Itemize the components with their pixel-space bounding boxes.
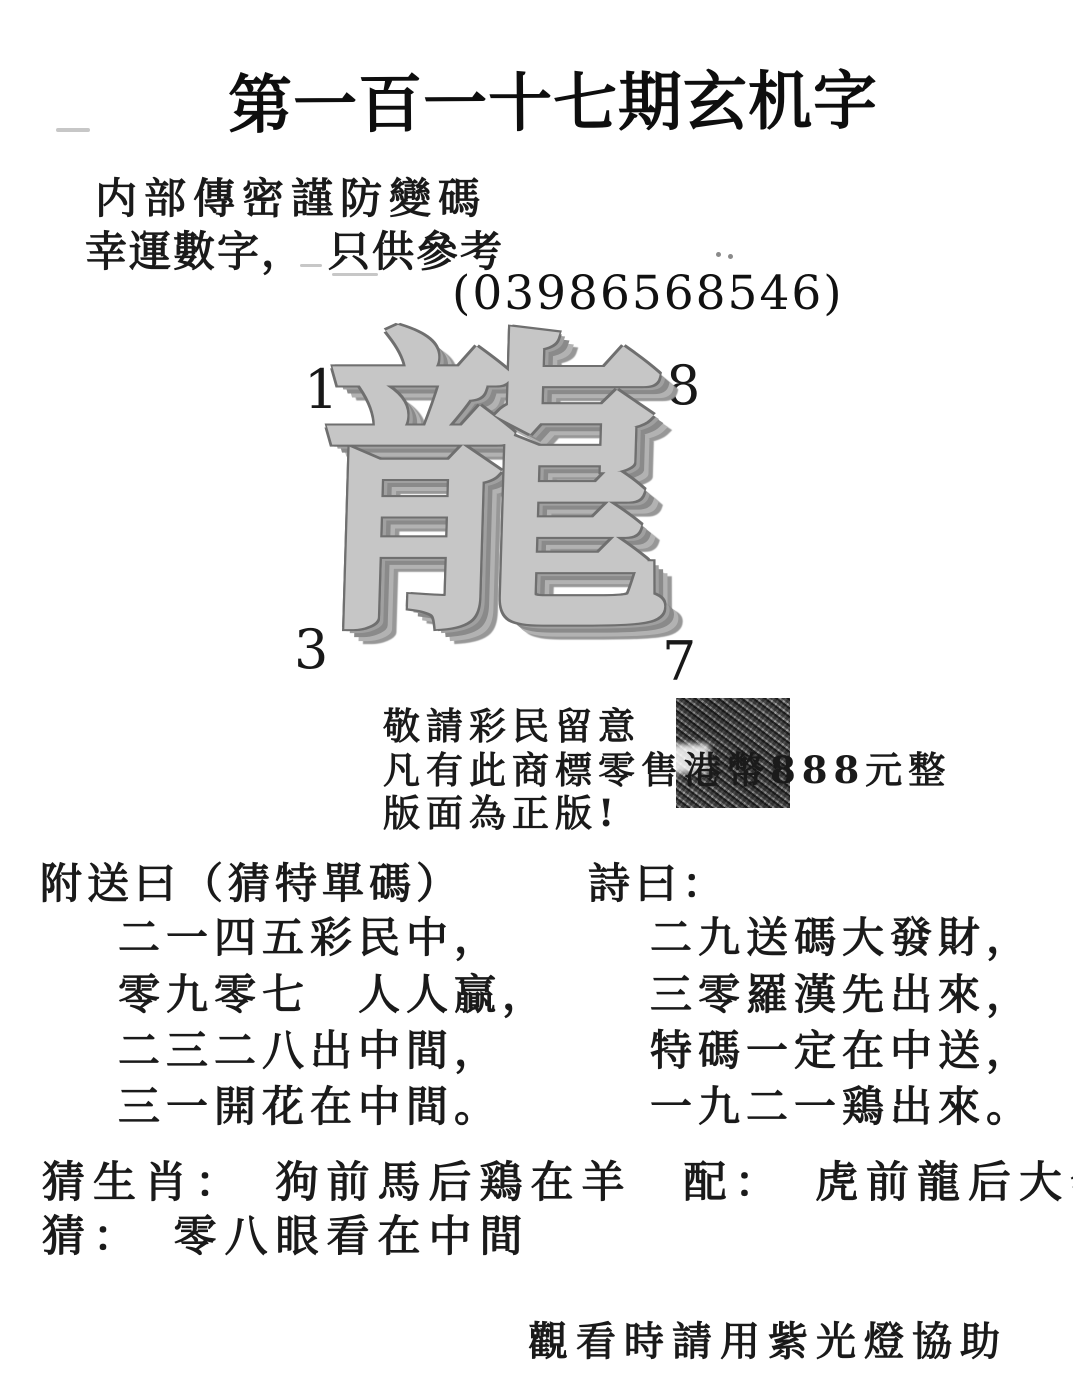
poem-line: 一九二一鶏出來。 — [650, 1074, 1034, 1134]
scan-artifact — [332, 273, 378, 276]
gift-line: 二三二八出中間， — [118, 1018, 502, 1078]
gift-line: 零九零七 人人贏， — [118, 962, 550, 1022]
zodiac-guess-line: 猜生肖： 狗前馬后鶏在羊 配： 虎前龍后大發財 — [42, 1149, 1073, 1210]
dragon-character: 龍 — [313, 328, 678, 646]
intro-line-1: 内部傳密謹防變碼 — [95, 166, 487, 226]
gift-line: 三一開花在中間。 — [118, 1074, 502, 1134]
gift-column-header: 附送曰（猜特單碼） — [40, 851, 463, 911]
gift-line: 二一四五彩民中， — [118, 905, 502, 965]
poem-line: 三零羅漢先出來， — [650, 962, 1034, 1022]
notice-line-3: 版面為正版! — [383, 783, 620, 837]
poem-line: 特碼一定在中送， — [650, 1018, 1034, 1078]
poem-column-header: 詩曰： — [588, 851, 729, 911]
number-guess-line: 猜： 零八眼看在中間 — [42, 1203, 531, 1264]
scan-artifact — [56, 128, 90, 132]
page-title: 第一百一十七期玄机字 — [228, 50, 879, 147]
footer-instruction: 觀看時請用紫光燈協助 — [528, 1310, 1008, 1367]
poem-line: 二九送碼大發財， — [650, 905, 1034, 965]
intro-line-2: 幸運數字， 只供參考 — [85, 219, 504, 279]
scan-artifact — [300, 264, 322, 267]
scan-artifact — [716, 252, 721, 257]
lottery-tip-sheet: 第一百一十七期玄机字 内部傳密謹防變碼 幸運數字， 只供參考 (03986568… — [0, 0, 1073, 1388]
